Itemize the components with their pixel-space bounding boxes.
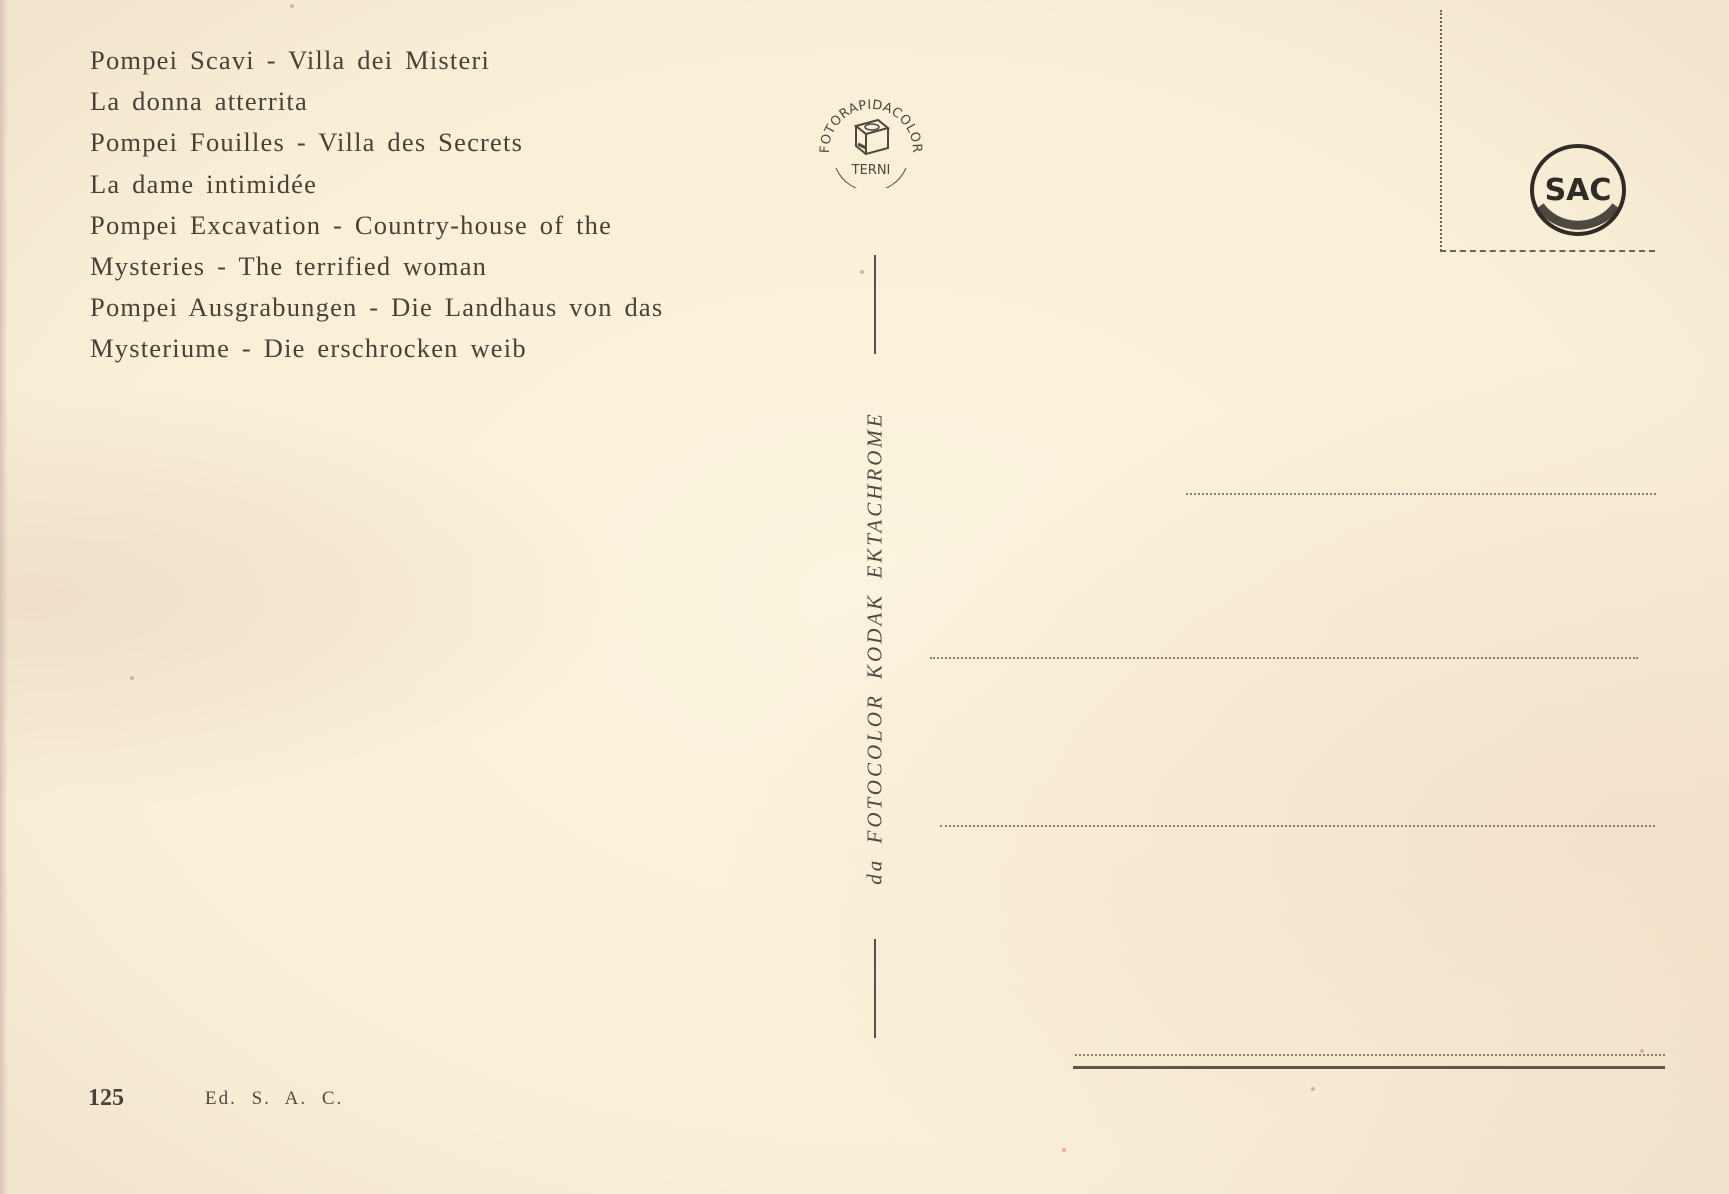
sac-stamp-icon: SAC (1528, 140, 1628, 240)
vertical-divider-bottom (874, 939, 876, 1038)
caption-line: Pompei Ausgrabungen - Die Landhaus von d… (90, 287, 663, 328)
stamp-box-border-bottom (1440, 250, 1655, 252)
caption-line: Mysteriume - Die erschrocken weib (90, 328, 663, 369)
card-number: 125 (88, 1085, 124, 1112)
address-line-2[interactable] (930, 657, 1638, 659)
paper-speck (130, 676, 134, 680)
paper-speck (1311, 1087, 1315, 1091)
stamp-box-border-left (1440, 10, 1442, 251)
photo-credit: da FOTOCOLOR KODAK EKTACHROME (863, 411, 888, 885)
address-line-1[interactable] (1186, 493, 1656, 495)
caption-block: Pompei Scavi - Villa dei Misteri La donn… (90, 40, 663, 370)
svg-text:FOTORAPIDACOLOR: FOTORAPIDACOLOR (818, 98, 924, 154)
address-line-3[interactable] (940, 825, 1655, 827)
caption-line: La dame intimidée (90, 164, 663, 205)
paper-speck (860, 270, 864, 274)
caption-line: Pompei Scavi - Villa dei Misteri (90, 40, 663, 81)
svg-text:SAC: SAC (1545, 173, 1612, 208)
paper-speck (1062, 1148, 1066, 1152)
caption-line: Pompei Fouilles - Villa des Secrets (90, 122, 663, 163)
paper-speck (1640, 1049, 1644, 1053)
svg-text:TERNI: TERNI (851, 163, 891, 178)
card-edge-shadow (0, 0, 8, 1194)
fotorapidacolor-logo: FOTORAPIDACOLOR TERNI (816, 88, 926, 188)
caption-line: La donna atterrita (90, 81, 663, 122)
address-line-4[interactable] (1075, 1054, 1665, 1056)
postcard-back: Pompei Scavi - Villa dei Misteri La donn… (0, 0, 1729, 1194)
caption-line: Mysteries - The terrified woman (90, 246, 663, 287)
camera-box-icon: FOTORAPIDACOLOR TERNI (816, 88, 926, 188)
publisher-label: Ed. S. A. C. (205, 1088, 343, 1110)
vertical-divider-top (874, 255, 876, 354)
paper-speck (290, 4, 294, 8)
address-underline (1073, 1066, 1665, 1069)
caption-line: Pompei Excavation - Country-house of the (90, 205, 663, 246)
